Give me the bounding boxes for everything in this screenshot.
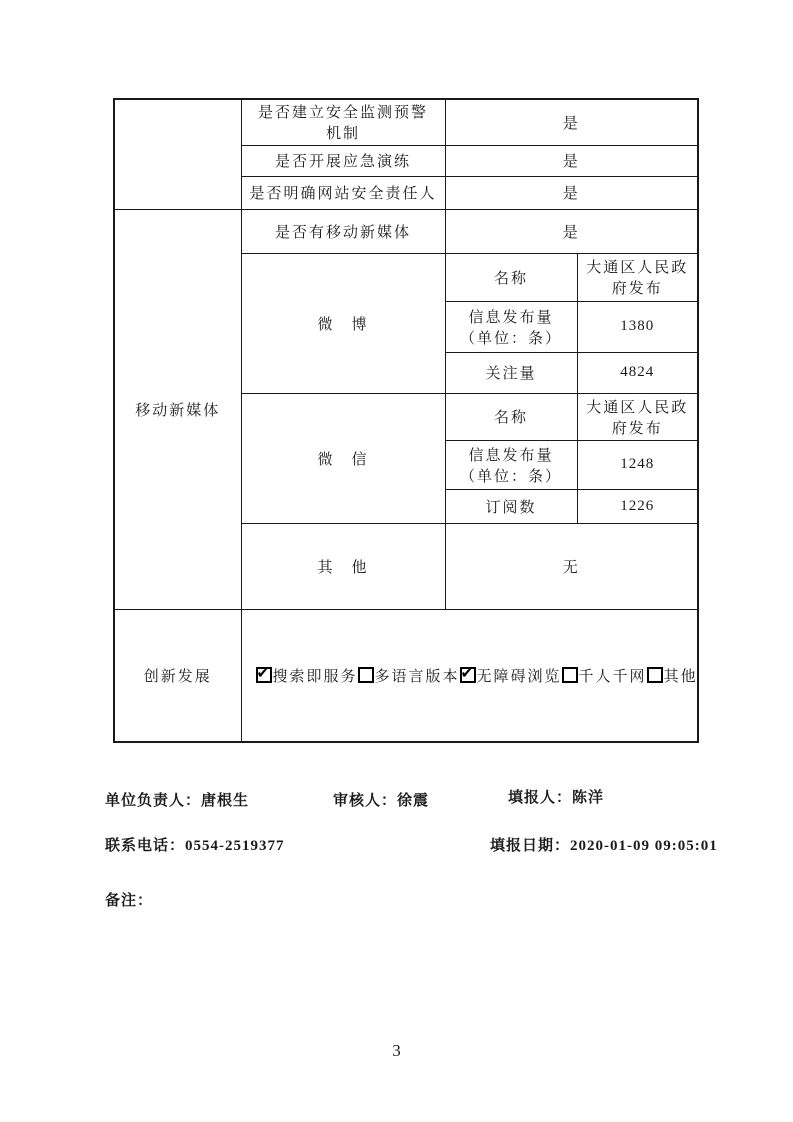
cell-weibo-publish-value: 1380 bbox=[577, 301, 698, 352]
phone-label: 联系电话： bbox=[105, 838, 185, 854]
cell-section-empty bbox=[114, 99, 241, 209]
cell-innovation-options: 搜索即服务多语言版本无障碍浏览千人千网其他 bbox=[241, 609, 698, 742]
phone-value: 0554-2519377 bbox=[185, 838, 285, 854]
cell-emergency-drill-label: 是否开展应急演练 bbox=[241, 145, 445, 176]
remark-field: 备注： bbox=[105, 889, 153, 910]
phone-field: 联系电话：0554-2519377 bbox=[105, 834, 285, 855]
report-page: 是否建立安全监测预警 机制 是 是否开展应急演练 是 是否明确网站安全责任人 是… bbox=[0, 0, 793, 1122]
innovation-option-label: 无障碍浏览 bbox=[477, 669, 562, 685]
innovation-option-label: 千人千网 bbox=[579, 669, 647, 685]
report-date-label: 填报日期： bbox=[490, 838, 570, 854]
cell-section-mobile-media: 移动新媒体 bbox=[114, 209, 241, 609]
cell-weibo-label: 微 博 bbox=[241, 253, 445, 393]
filler-field: 填报人：陈洋 bbox=[508, 786, 604, 807]
cell-wechat-subscribers-value: 1226 bbox=[577, 489, 698, 523]
innovation-option-search: 搜索即服务 bbox=[256, 665, 358, 686]
cell-wechat-name-label: 名称 bbox=[445, 393, 577, 440]
unit-head-label: 单位负责人： bbox=[105, 793, 201, 809]
cell-wechat-name-value: 大通区人民政府发布 bbox=[577, 393, 698, 440]
remark-label: 备注： bbox=[105, 893, 153, 909]
auditor-label: 审核人： bbox=[333, 793, 397, 809]
cell-emergency-drill-value: 是 bbox=[445, 145, 698, 176]
checkbox-unchecked-icon bbox=[562, 667, 578, 683]
cell-wechat-publish-value: 1248 bbox=[577, 440, 698, 489]
unit-head-value: 唐根生 bbox=[201, 793, 249, 809]
report-date-value: 2020-01-09 09:05:01 bbox=[570, 838, 718, 854]
checkbox-unchecked-icon bbox=[358, 667, 374, 683]
cell-section-innovation: 创新发展 bbox=[114, 609, 241, 742]
innovation-option-multilang: 多语言版本 bbox=[358, 665, 460, 686]
filler-label: 填报人： bbox=[508, 790, 572, 806]
innovation-option-other: 其他 bbox=[647, 665, 698, 686]
innovation-option-accessibility: 无障碍浏览 bbox=[460, 665, 562, 686]
cell-security-officer-value: 是 bbox=[445, 176, 698, 209]
cell-weibo-name-label: 名称 bbox=[445, 253, 577, 301]
cell-wechat-subscribers-label: 订阅数 bbox=[445, 489, 577, 523]
cell-has-new-media-label: 是否有移动新媒体 bbox=[241, 209, 445, 253]
report-table: 是否建立安全监测预警 机制 是 是否开展应急演练 是 是否明确网站安全责任人 是… bbox=[113, 98, 699, 743]
innovation-option-label: 搜索即服务 bbox=[273, 669, 358, 685]
cell-security-officer-label: 是否明确网站安全责任人 bbox=[241, 176, 445, 209]
unit-head-field: 单位负责人：唐根生 bbox=[105, 789, 249, 810]
innovation-option-label: 多语言版本 bbox=[375, 669, 460, 685]
cell-wechat-publish-label: 信息发布量 （单位：条） bbox=[445, 440, 577, 489]
cell-weibo-followers-value: 4824 bbox=[577, 352, 698, 393]
checkbox-unchecked-icon bbox=[647, 667, 663, 683]
cell-other-media-label: 其 他 bbox=[241, 523, 445, 609]
page-number: 3 bbox=[0, 1041, 793, 1061]
cell-security-monitor-value: 是 bbox=[445, 99, 698, 145]
innovation-option-personalized: 千人千网 bbox=[562, 665, 647, 686]
cell-has-new-media-value: 是 bbox=[445, 209, 698, 253]
cell-weibo-name-value: 大通区人民政府发布 bbox=[577, 253, 698, 301]
cell-other-media-value: 无 bbox=[445, 523, 698, 609]
checkbox-checked-icon bbox=[460, 667, 476, 683]
auditor-field: 审核人：徐震 bbox=[333, 789, 429, 810]
report-date-field: 填报日期：2020-01-09 09:05:01 bbox=[490, 834, 718, 855]
auditor-value: 徐震 bbox=[397, 793, 429, 809]
checkbox-checked-icon bbox=[256, 667, 272, 683]
filler-value: 陈洋 bbox=[572, 790, 604, 806]
cell-weibo-followers-label: 关注量 bbox=[445, 352, 577, 393]
cell-weibo-publish-label: 信息发布量 （单位：条） bbox=[445, 301, 577, 352]
cell-wechat-label: 微 信 bbox=[241, 393, 445, 523]
cell-security-monitor-label: 是否建立安全监测预警 机制 bbox=[241, 99, 445, 145]
innovation-option-label: 其他 bbox=[664, 669, 698, 685]
